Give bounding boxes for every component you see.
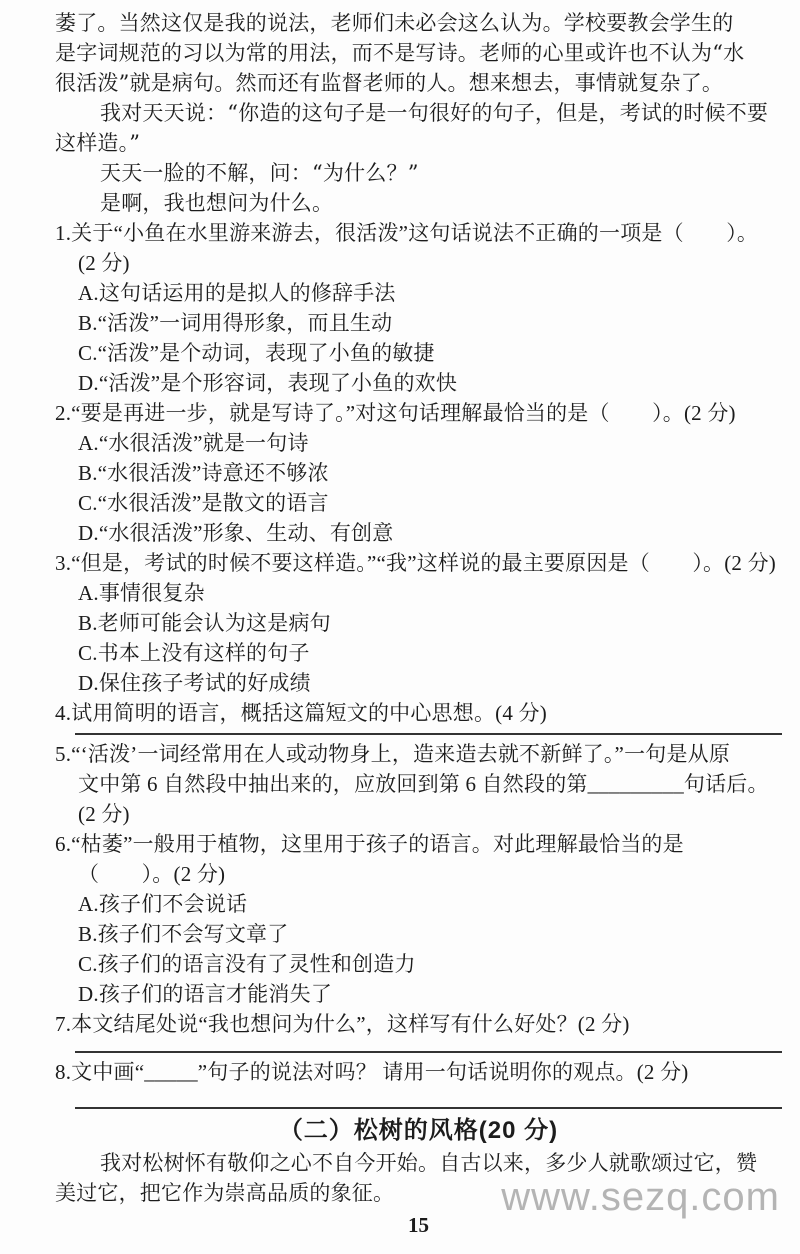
section-two-passage: 我对松树怀有敬仰之心不自今开始。自古以来，多少人就歌颂过它，赞 美过它，把它作为… <box>55 1148 782 1208</box>
text-line: （ ）。(2 分) <box>55 859 782 889</box>
exam-page: 萎了。当然这仅是我的说法，老师们未必会这么认为。学校要教会学生的 是字词规范的习… <box>0 0 800 1254</box>
text-line: 7.本文结尾处说“我也想问为什么”，这样写有什么好处？(2 分) <box>55 1009 782 1039</box>
text-line: D.“活泼”是个形容词，表现了小鱼的欢快 <box>55 368 782 398</box>
text-line: 萎了。当然这仅是我的说法，老师们未必会这么认为。学校要教会学生的 <box>55 8 782 38</box>
text-line: 我对松树怀有敬仰之心不自今开始。自古以来，多少人就歌颂过它，赞 <box>55 1148 782 1178</box>
text-line: C.“活泼”是个动词，表现了小鱼的敏捷 <box>55 338 782 368</box>
text-line: 美过它，把它作为崇高品质的象征。 <box>55 1178 782 1208</box>
text-line: 天天一脸的不解，问：“为什么？” <box>55 158 782 188</box>
text-line: A.“水很活泼”就是一句诗 <box>55 428 782 458</box>
text-line: B.孩子们不会写文章了 <box>55 919 782 949</box>
text-line: (2 分) <box>55 248 782 278</box>
text-line: B.老师可能会认为这是病句 <box>55 608 782 638</box>
text-line: 是啊，我也想问为什么。 <box>55 188 782 218</box>
text-line: 是字词规范的习以为常的用法，而不是写诗。老师的心里或许也不认为“水 <box>55 38 782 68</box>
text-line: C.“水很活泼”是散文的语言 <box>55 488 782 518</box>
text-line: (2 分) <box>55 799 782 829</box>
reading-passage-and-questions: 萎了。当然这仅是我的说法，老师们未必会这么认为。学校要教会学生的 是字词规范的习… <box>55 8 782 1109</box>
text-line: 8.文中画“_____”句子的说法对吗？ 请用一句话说明你的观点。(2 分) <box>55 1057 782 1087</box>
answer-divider-line <box>75 733 782 735</box>
text-line: 6.“枯萎”一般用于植物，这里用于孩子的语言。对此理解最恰当的是 <box>55 829 782 859</box>
text-line: B.“活泼”一词用得形象，而且生动 <box>55 308 782 338</box>
text-line: D.孩子们的语言才能消失了 <box>55 979 782 1009</box>
text-line: 1.关于“小鱼在水里游来游去，很活泼”这句话说法不正确的一项是（ ）。 <box>55 218 782 248</box>
text-line: A.这句话运用的是拟人的修辞手法 <box>55 278 782 308</box>
text-line: A.事情很复杂 <box>55 578 782 608</box>
page-number: 15 <box>55 1212 782 1238</box>
text-line: D.“水很活泼”形象、生动、有创意 <box>55 518 782 548</box>
text-line: 4.试用简明的语言，概括这篇短文的中心思想。(4 分) <box>55 698 782 728</box>
exam-content: 萎了。当然这仅是我的说法，老师们未必会这么认为。学校要教会学生的 是字词规范的习… <box>55 8 782 1238</box>
answer-divider-line <box>75 1051 782 1053</box>
text-line: 2.“要是再进一步，就是写诗了。”对这句话理解最恰当的是（ ）。(2 分) <box>55 398 782 428</box>
text-line: 文中第 6 自然段中抽出来的，应放回到第 6 自然段的第_________句话后… <box>55 769 782 799</box>
text-line: D.保住孩子考试的好成绩 <box>55 668 782 698</box>
text-line: C.孩子们的语言没有了灵性和创造力 <box>55 949 782 979</box>
answer-divider-line <box>75 1107 782 1109</box>
text-line: 我对天天说：“你造的这句子是一句很好的句子，但是，考试的时候不要 <box>55 98 782 128</box>
text-line: 很活泼”就是病句。然而还有监督老师的人。想来想去，事情就复杂了。 <box>55 68 782 98</box>
text-line: 这样造。” <box>55 128 782 158</box>
text-line: C.书本上没有这样的句子 <box>55 638 782 668</box>
text-line: A.孩子们不会说话 <box>55 889 782 919</box>
text-line: B.“水很活泼”诗意还不够浓 <box>55 458 782 488</box>
text-line: 5.“‘活泼’一词经常用在人或动物身上，造来造去就不新鲜了。”一句是从原 <box>55 739 782 769</box>
text-line: 3.“但是，考试的时候不要这样造。”“我”这样说的最主要原因是（ ）。(2 分) <box>55 548 782 578</box>
section-heading: （二）松树的风格(20 分) <box>55 1114 782 1148</box>
